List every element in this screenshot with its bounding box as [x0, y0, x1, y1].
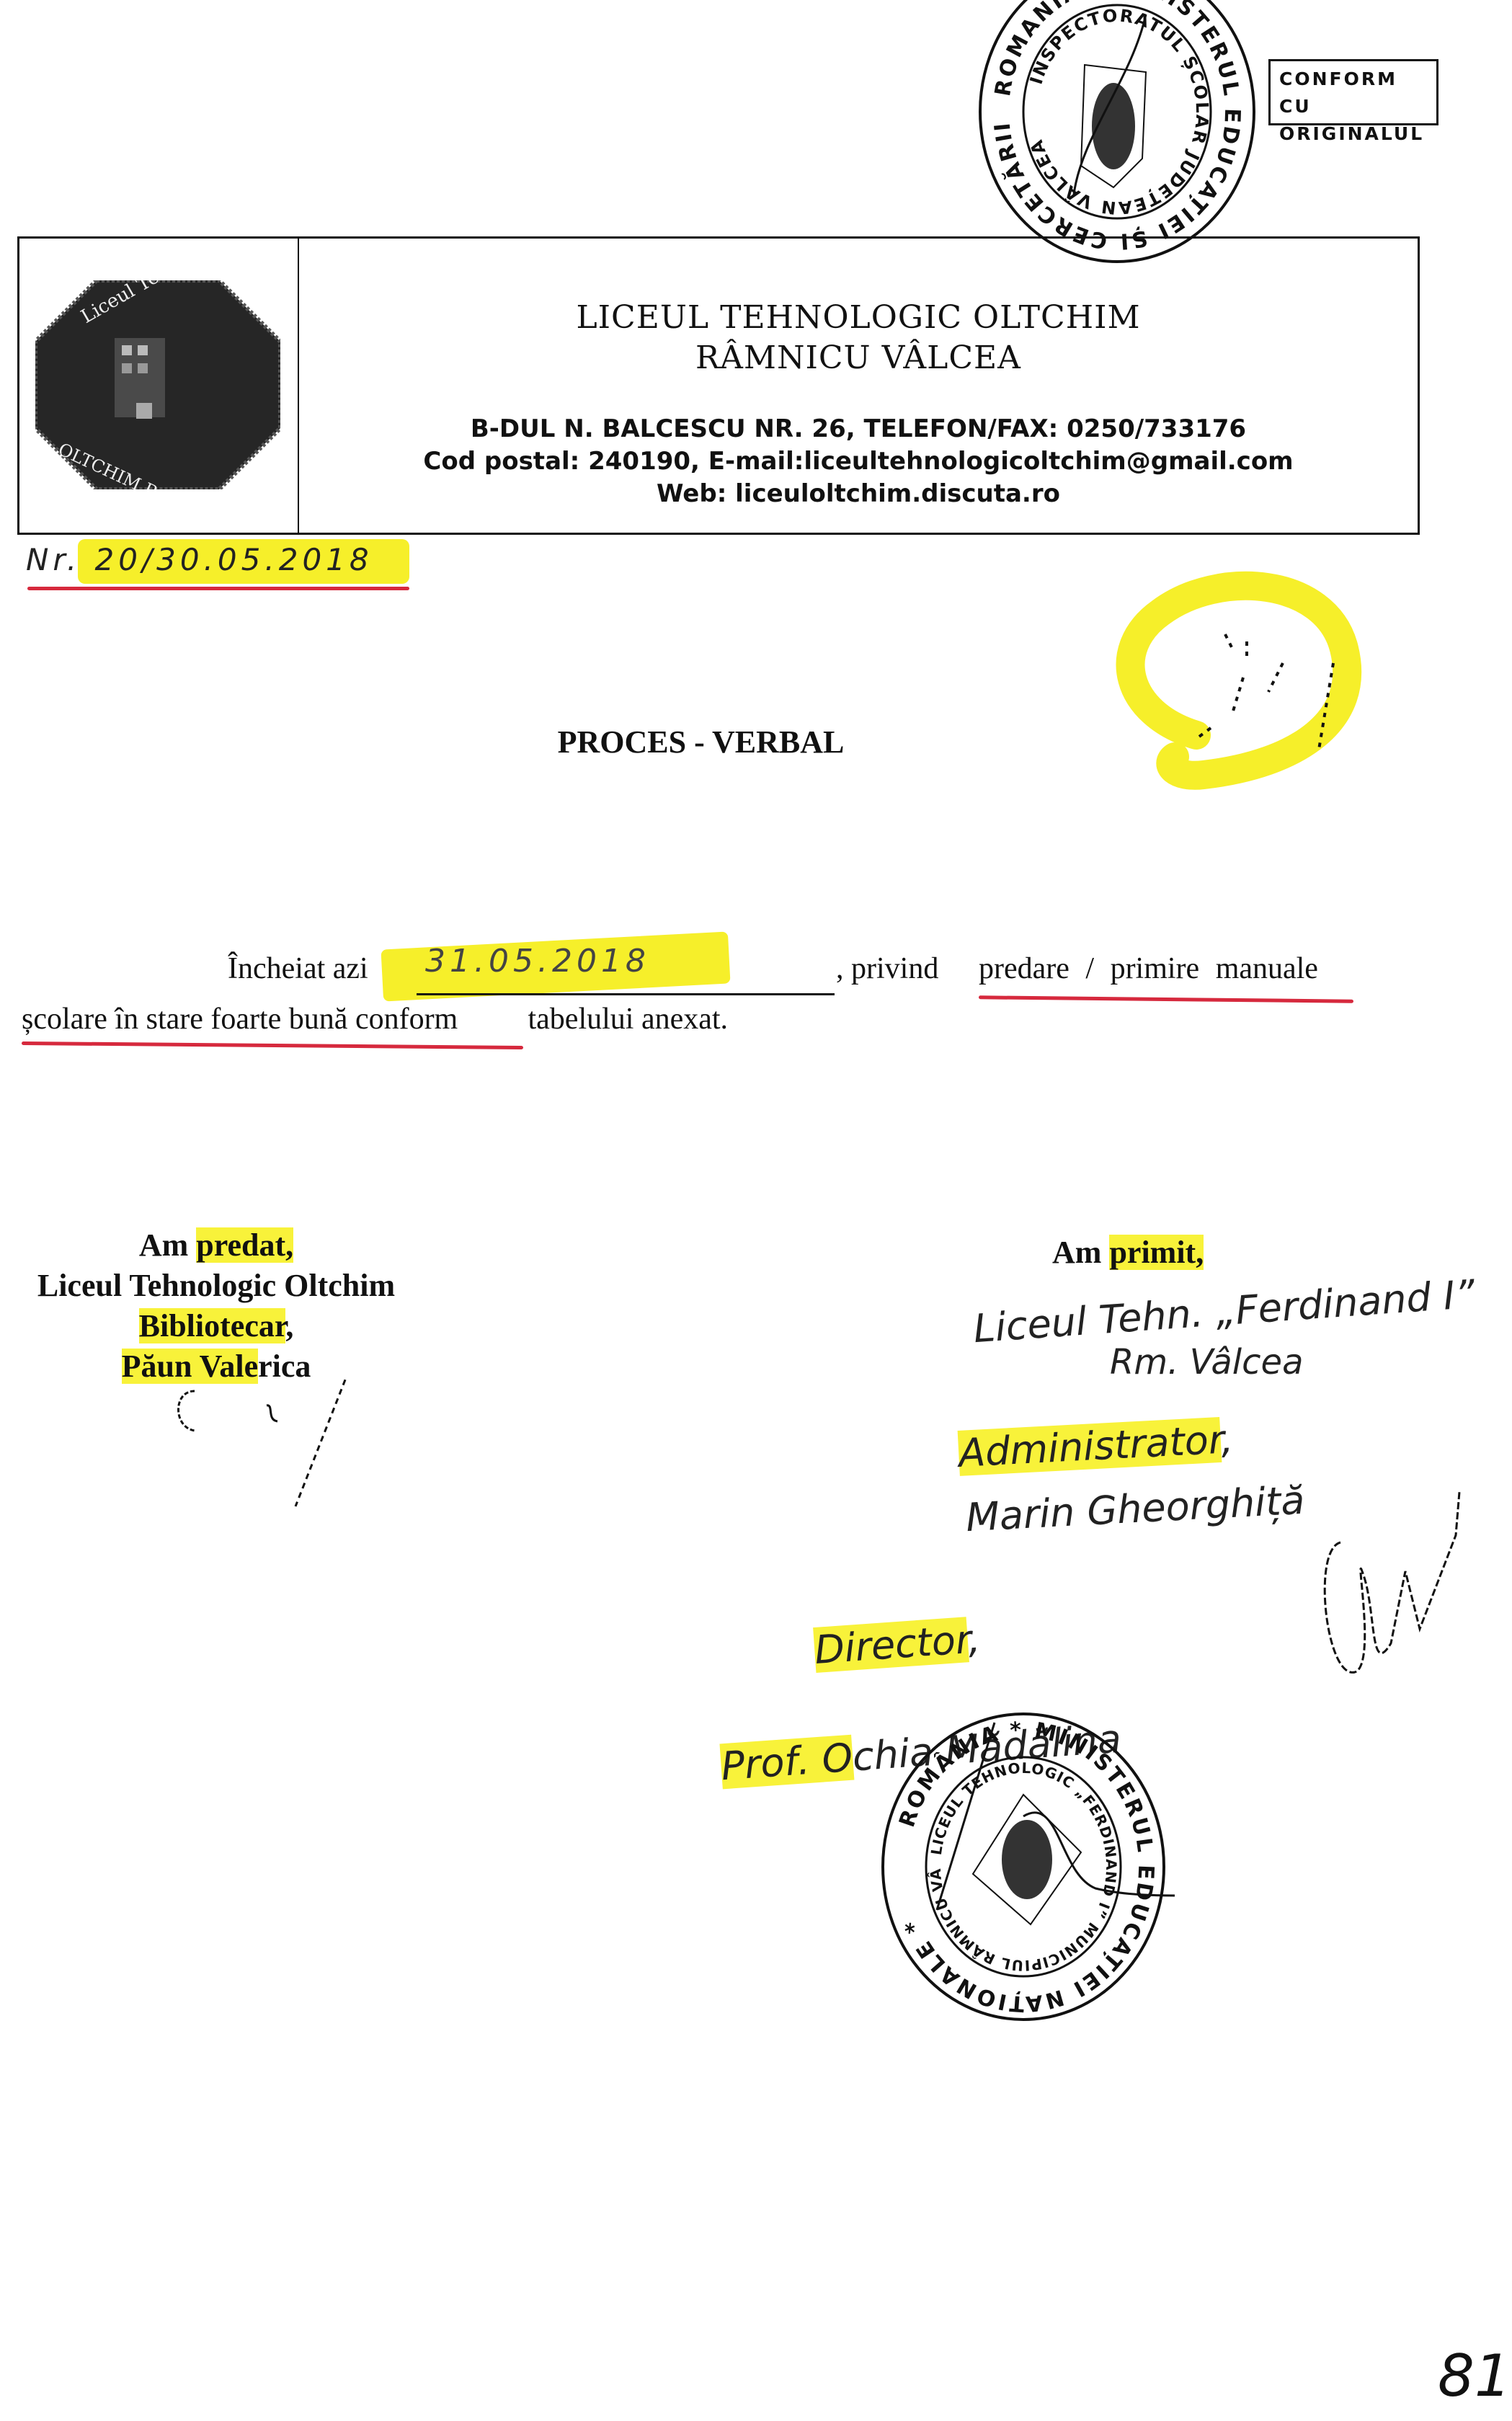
school-postal-email: Cod postal: 240190, E-mail:liceultehnolo…	[299, 445, 1418, 478]
school-contact: B-DUL N. BALCESCU NR. 26, TELEFON/FAX: 0…	[299, 413, 1418, 510]
registration-number: Nr. 20/30.05.2018	[26, 542, 373, 577]
school-name: LICEUL TEHNOLOGIC OLTCHIM	[299, 298, 1418, 338]
handwritten-date: 31.05.2018	[425, 943, 650, 979]
inspectorate-stamp: ROMANIA * MINISTERUL EDUCAȚIEI ȘI CERCET…	[966, 0, 1268, 267]
handed-over-label: Am predat,	[14, 1225, 418, 1266]
received-label: Am primit,	[1052, 1234, 1204, 1271]
receiver-name: Marin Gheorghiță	[965, 1478, 1306, 1541]
director-role: Director,	[813, 1616, 982, 1673]
receiver-institution: Liceul Tehn. „Ferdinand I”	[972, 1271, 1477, 1351]
left-handwritten-signature	[159, 1377, 389, 1524]
school-web: Web: liceuloltchim.discuta.ro	[299, 478, 1418, 510]
school-info: LICEUL TEHNOLOGIC OLTCHIM RÂMNICU VÂLCEA…	[299, 239, 1418, 533]
underlined-text-2: școlare în stare foarte bună conform	[22, 1002, 458, 1036]
document-title: PROCES - VERBAL	[0, 724, 1402, 760]
receiver-role: Administrator,	[958, 1416, 1235, 1476]
receiver-city: Rm. Vâlcea	[1110, 1342, 1303, 1382]
receiver-signature	[1312, 1463, 1485, 1697]
handover-role: Bibliotecar,	[14, 1306, 418, 1346]
handover-signature-block: Am predat, Liceul Tehnologic Oltchim Bib…	[14, 1225, 418, 1387]
paragraph-start: Încheiat azi	[228, 951, 368, 986]
conform-original-stamp: CONFORM CU ORIGINALUL	[1268, 59, 1438, 125]
school-city: RÂMNICU VÂLCEA	[299, 338, 1418, 378]
school-logo-icon: Liceul Tehnologic OLTCHIM Rm. Vâlcea	[35, 280, 280, 489]
letterhead: Liceul Tehnologic OLTCHIM Rm. Vâlcea LIC…	[17, 236, 1420, 535]
reg-number-label: Nr.	[26, 542, 81, 577]
handover-institution: Liceul Tehnologic Oltchim	[14, 1266, 418, 1306]
date-blank-line	[417, 993, 835, 995]
page-number: 81	[1438, 2342, 1511, 2409]
conform-line2: CU ORIGINALUL	[1279, 93, 1436, 148]
reg-number-value: 20/30.05.2018	[95, 542, 373, 577]
conform-line1: CONFORM	[1279, 66, 1436, 93]
red-underline-2	[22, 1041, 523, 1049]
round-stamp-icon: ROMÂNIA * MINISTERUL EDUCAȚIEI NAȚIONALE…	[872, 1708, 1175, 2025]
paragraph-mid: , privind	[836, 951, 946, 986]
school-stamp: ROMÂNIA * MINISTERUL EDUCAȚIEI NAȚIONALE…	[872, 1708, 1175, 2025]
round-stamp-icon: ROMANIA * MINISTERUL EDUCAȚIEI ȘI CERCET…	[966, 0, 1268, 267]
underlined-text-1: predare / primire manuale	[979, 951, 1318, 986]
red-underline-1	[979, 995, 1353, 1003]
logo-cell: Liceul Tehnologic OLTCHIM Rm. Vâlcea	[19, 239, 299, 533]
school-address: B-DUL N. BALCESCU NR. 26, TELEFON/FAX: 0…	[299, 413, 1418, 445]
yellow-circle-mark	[1103, 569, 1369, 807]
reg-number-underline	[27, 587, 409, 590]
paragraph-end: tabelului anexat.	[520, 1002, 728, 1036]
